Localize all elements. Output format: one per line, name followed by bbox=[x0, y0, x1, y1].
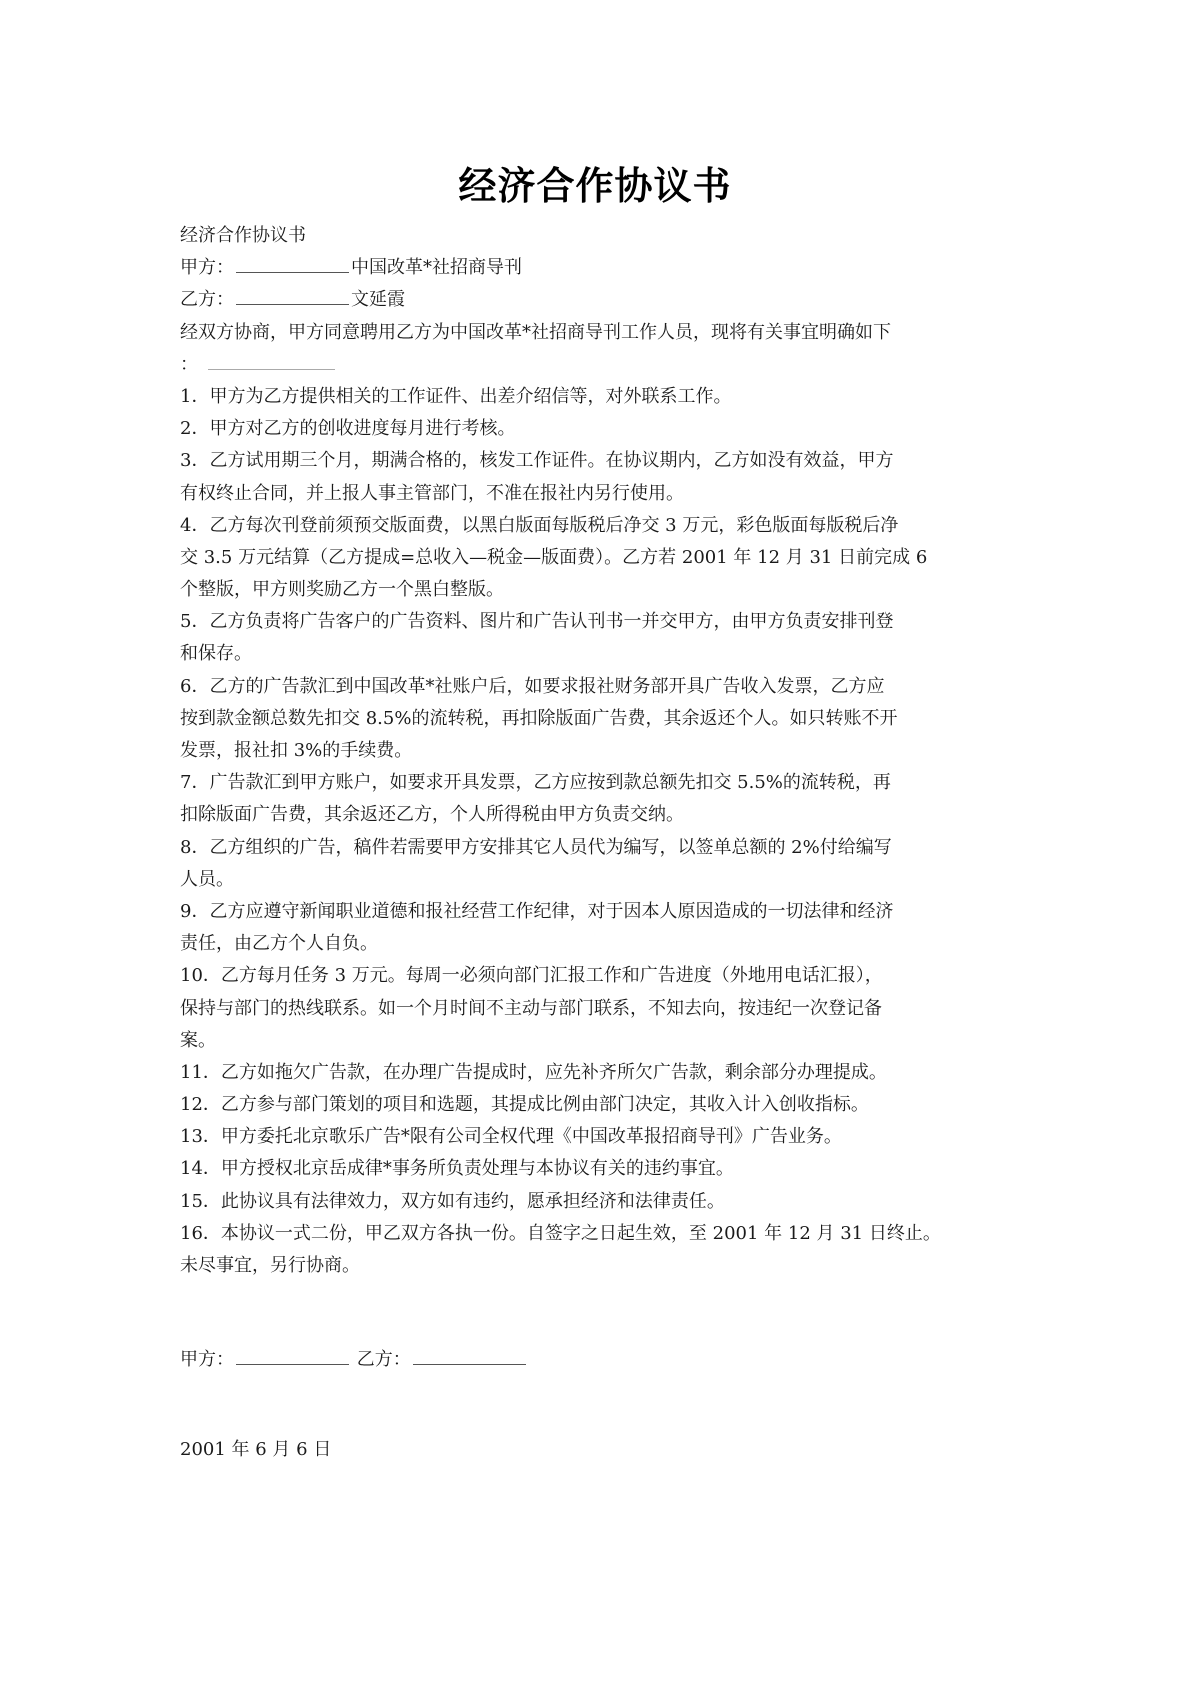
clause-line: 15．此协议具有法律效力，双方如有违约，愿承担经济和法律责任。 bbox=[180, 1186, 1032, 1218]
clause-line: 1．甲方为乙方提供相关的工作证件、出差介绍信等，对外联系工作。 bbox=[180, 381, 1032, 413]
intro-line-1: 经双方协商，甲方同意聘用乙方为中国改革*社招商导刊工作人员，现将有关事宜明确如下 bbox=[180, 317, 1032, 349]
clause-line: 13．甲方委托北京歌乐广告*限有公司全权代理《中国改革报招商导刊》广告业务。 bbox=[180, 1121, 1032, 1153]
clause-line: 交 3.5 万元结算（乙方提成=总收入—税金—版面费）。乙方若 2001 年 1… bbox=[180, 542, 1032, 574]
clause-line: 7．广告款汇到甲方账户，如要求开具发票，乙方应按到款总额先扣交 5.5%的流转税… bbox=[180, 767, 1032, 799]
clause-line: 按到款金额总数先扣交 8.5%的流转税，再扣除版面广告费，其余返还个人。如只转账… bbox=[180, 703, 1032, 735]
clause-line: 2．甲方对乙方的创收进度每月进行考核。 bbox=[180, 413, 1032, 445]
signing-date: 2001 年 6 月 6 日 bbox=[180, 1434, 331, 1466]
signature-party-a-blank bbox=[236, 1346, 349, 1365]
party-a-label: 甲方： bbox=[180, 257, 234, 278]
document-body: 经济合作协议书 甲方：中国改革*社招商导刊 乙方：文延霞 经双方协商，甲方同意聘… bbox=[180, 220, 1032, 1282]
clause-line: 4．乙方每次刊登前须预交版面费，以黑白版面每版税后净交 3 万元，彩色版面每版税… bbox=[180, 510, 1032, 542]
clause-line: 14．甲方授权北京岳成律*事务所负责处理与本协议有关的违约事宜。 bbox=[180, 1153, 1032, 1185]
party-a-blank bbox=[236, 254, 349, 273]
clause-line: 9．乙方应遵守新闻职业道德和报社经营工作纪律，对于因本人原因造成的一切法律和经济 bbox=[180, 896, 1032, 928]
intro-line-2: ： bbox=[180, 349, 1032, 381]
party-b-label: 乙方： bbox=[180, 289, 234, 310]
clause-line: 案。 bbox=[180, 1025, 1032, 1057]
party-b-value: 文延霞 bbox=[351, 289, 405, 310]
party-b-blank bbox=[236, 286, 349, 305]
clause-line: 10．乙方每月任务 3 万元。每周一必须向部门汇报工作和广告进度（外地用电话汇报… bbox=[180, 960, 1032, 992]
document-title: 经济合作协议书 bbox=[0, 160, 1190, 212]
party-a-line: 甲方：中国改革*社招商导刊 bbox=[180, 252, 1032, 284]
party-b-line: 乙方：文延霞 bbox=[180, 284, 1032, 316]
clause-line: 11．乙方如拖欠广告款，在办理广告提成时，应先补齐所欠广告款，剩余部分办理提成。 bbox=[180, 1057, 1032, 1089]
signature-party-a-label: 甲方： bbox=[180, 1349, 234, 1370]
party-a-value: 中国改革*社招商导刊 bbox=[351, 257, 522, 278]
intro-blank bbox=[208, 357, 335, 370]
intro-colon: ： bbox=[180, 354, 198, 375]
clause-line: 8．乙方组织的广告，稿件若需要甲方安排其它人员代为编写，以签单总额的 2%付给编… bbox=[180, 832, 1032, 864]
signature-party-b-blank bbox=[413, 1346, 526, 1365]
clause-line: 5．乙方负责将广告客户的广告资料、图片和广告认刊书一并交甲方，由甲方负责安排刊登 bbox=[180, 606, 1032, 638]
clause-line: 扣除版面广告费，其余返还乙方，个人所得税由甲方负责交纳。 bbox=[180, 799, 1032, 831]
clause-line: 16．本协议一式二份，甲乙双方各执一份。自签字之日起生效，至 2001 年 12… bbox=[180, 1218, 1032, 1250]
signature-line: 甲方： 乙方： bbox=[180, 1344, 528, 1376]
clause-line: 未尽事宜，另行协商。 bbox=[180, 1250, 1032, 1282]
clause-line: 12．乙方参与部门策划的项目和选题，其提成比例由部门决定，其收入计入创收指标。 bbox=[180, 1089, 1032, 1121]
clause-line: 6．乙方的广告款汇到中国改革*社账户后，如要求报社财务部开具广告收入发票，乙方应 bbox=[180, 671, 1032, 703]
clause-line: 保持与部门的热线联系。如一个月时间不主动与部门联系，不知去向，按违纪一次登记备 bbox=[180, 993, 1032, 1025]
signature-party-b-label: 乙方： bbox=[357, 1349, 411, 1370]
clause-line: 3．乙方试用期三个月，期满合格的，核发工作证件。在协议期内，乙方如没有效益，甲方 bbox=[180, 445, 1032, 477]
clause-line: 和保存。 bbox=[180, 638, 1032, 670]
clause-line: 有权终止合同，并上报人事主管部门，不准在报社内另行使用。 bbox=[180, 478, 1032, 510]
clause-line: 人员。 bbox=[180, 864, 1032, 896]
clause-line: 责任，由乙方个人自负。 bbox=[180, 928, 1032, 960]
clause-line: 个整版，甲方则奖励乙方一个黑白整版。 bbox=[180, 574, 1032, 606]
clause-line: 发票，报社扣 3%的手续费。 bbox=[180, 735, 1032, 767]
subtitle: 经济合作协议书 bbox=[180, 220, 1032, 252]
